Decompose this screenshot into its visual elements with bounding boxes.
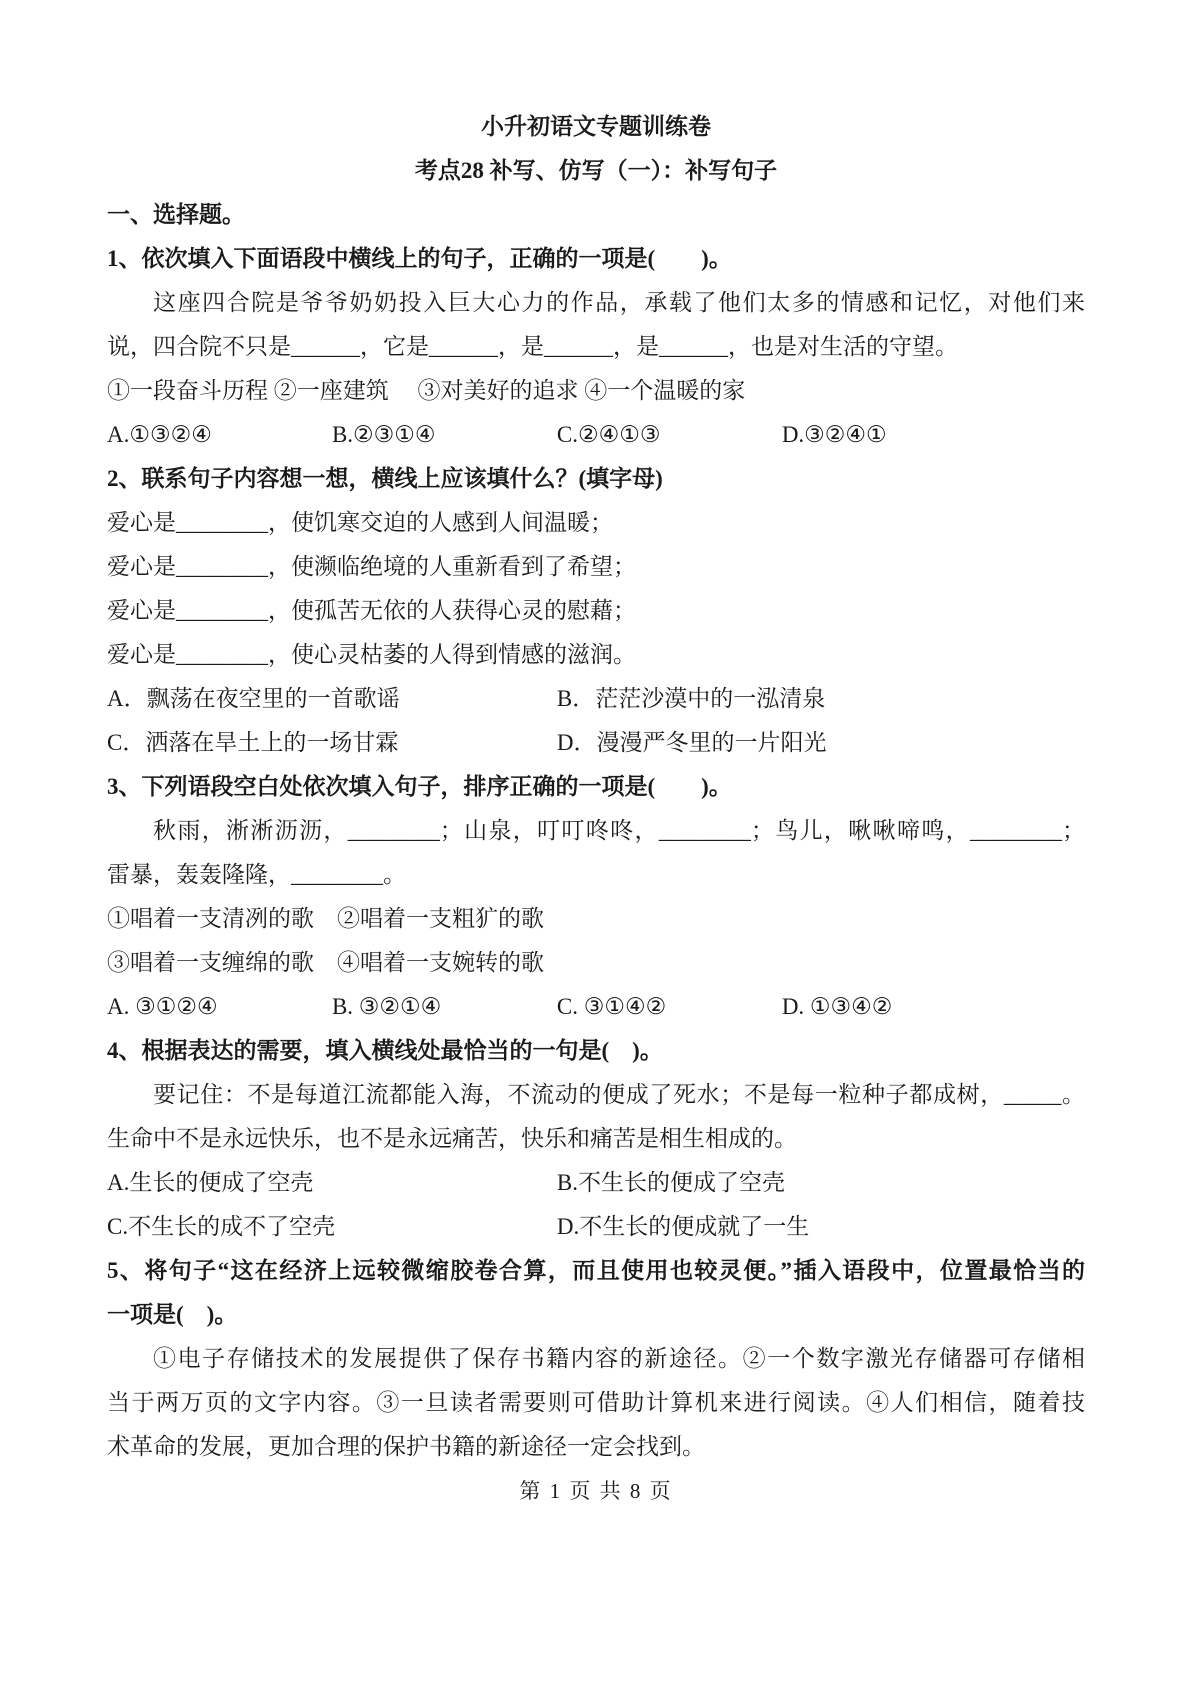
question-1-option-b: B.②③①④ [332, 413, 557, 457]
question-3-option-a: A. ③①②④ [107, 985, 332, 1029]
question-2-options-row-1: A．飘荡在夜空里的一首歌谣 B．茫茫沙漠中的一泓清泉 [107, 677, 1085, 721]
question-2-option-d: D．漫漫严冬里的一片阳光 [557, 721, 1085, 765]
page-footer: 第 1 页 共 8 页 [107, 1469, 1085, 1513]
question-3-option-d: D. ①③④② [782, 985, 1085, 1029]
question-1-items: ①一段奋斗历程 ②一座建筑 ③对美好的追求 ④一个温暖的家 [107, 369, 1085, 413]
question-4-option-d: D.不生长的便成就了一生 [557, 1205, 1085, 1249]
question-3-options: A. ③①②④ B. ③②①④ C. ③①④② D. ①③④② [107, 985, 1085, 1029]
question-4-options-row-1: A.生长的便成了空壳 B.不生长的便成了空壳 [107, 1161, 1085, 1205]
question-2-line-1: 爱心是________，使饥寒交迫的人感到人间温暖； [107, 501, 1085, 545]
doc-title: 小升初语文专题训练卷 [107, 105, 1085, 149]
question-4-body-line-2: 生命中不是永远快乐，也不是永远痛苦，快乐和痛苦是相生相成的。 [107, 1117, 1085, 1161]
question-4-body-line-1: 要记住：不是每道江流都能入海，不流动的便成了死水；不是每一粒种子都成树，____… [107, 1073, 1085, 1117]
question-3-body-line-1: 秋雨，淅淅沥沥，________；山泉，叮叮咚咚，________；鸟儿，啾啾啼… [107, 809, 1085, 853]
question-3-body-line-2: 雷暴，轰轰隆隆，________。 [107, 853, 1085, 897]
question-3-stem: 3、下列语段空白处依次填入句子，排序正确的一项是( )。 [107, 765, 1085, 809]
question-1-body-line-1: 这座四合院是爷爷奶奶投入巨大心力的作品，承载了他们太多的情感和记忆，对他们来 [107, 281, 1085, 325]
question-1-body-line-2: 说，四合院不只是______，它是______，是______，是______，… [107, 325, 1085, 369]
question-2-stem: 2、联系句子内容想一想，横线上应该填什么？(填字母) [107, 457, 1085, 501]
question-3-option-c: C. ③①④② [557, 985, 782, 1029]
question-4-option-a: A.生长的便成了空壳 [107, 1161, 557, 1205]
question-5-body-line-2: 当于两万页的文字内容。③一旦读者需要则可借助计算机来进行阅读。④人们相信，随着技 [107, 1381, 1085, 1425]
section-heading: 一、选择题。 [107, 193, 1085, 237]
question-2-options-row-2: C．洒落在旱土上的一场甘霖 D．漫漫严冬里的一片阳光 [107, 721, 1085, 765]
question-5-stem-line-1: 5、将句子“这在经济上远较微缩胶卷合算，而且使用也较灵便。”插入语段中，位置最恰… [107, 1249, 1085, 1293]
question-5-body-line-3: 术革命的发展，更加合理的保护书籍的新途径一定会找到。 [107, 1425, 1085, 1469]
question-2-line-4: 爱心是________，使心灵枯萎的人得到情感的滋润。 [107, 633, 1085, 677]
question-2-line-2: 爱心是________，使濒临绝境的人重新看到了希望； [107, 545, 1085, 589]
question-3-option-b: B. ③②①④ [332, 985, 557, 1029]
question-1-option-c: C.②④①③ [557, 413, 782, 457]
question-4-options-row-2: C.不生长的成不了空壳 D.不生长的便成就了一生 [107, 1205, 1085, 1249]
question-2-option-b: B．茫茫沙漠中的一泓清泉 [557, 677, 1085, 721]
question-4-option-b: B.不生长的便成了空壳 [557, 1161, 1085, 1205]
question-4-stem: 4、根据表达的需要，填入横线处最恰当的一句是( )。 [107, 1029, 1085, 1073]
question-1-option-a: A.①③②④ [107, 413, 332, 457]
document-page: 小升初语文专题训练卷 考点28 补写、仿写（一）：补写句子 一、选择题。 1、依… [0, 0, 1190, 1682]
question-2-option-c: C．洒落在旱土上的一场甘霖 [107, 721, 557, 765]
question-3-items-line-2: ③唱着一支缠绵的歌 ④唱着一支婉转的歌 [107, 941, 1085, 985]
question-2-option-a: A．飘荡在夜空里的一首歌谣 [107, 677, 557, 721]
question-1-options: A.①③②④ B.②③①④ C.②④①③ D.③②④① [107, 413, 1085, 457]
question-5-stem-line-2: 一项是( )。 [107, 1293, 1085, 1337]
question-1-option-d: D.③②④① [782, 413, 1085, 457]
question-5-body-line-1: ①电子存储技术的发展提供了保存书籍内容的新途径。②一个数字激光存储器可存储相 [107, 1337, 1085, 1381]
question-3-items-line-1: ①唱着一支清冽的歌 ②唱着一支粗犷的歌 [107, 897, 1085, 941]
question-2-line-3: 爱心是________，使孤苦无依的人获得心灵的慰藉； [107, 589, 1085, 633]
question-1-stem: 1、依次填入下面语段中横线上的句子，正确的一项是( )。 [107, 237, 1085, 281]
doc-subtitle: 考点28 补写、仿写（一）：补写句子 [107, 149, 1085, 193]
question-4-option-c: C.不生长的成不了空壳 [107, 1205, 557, 1249]
